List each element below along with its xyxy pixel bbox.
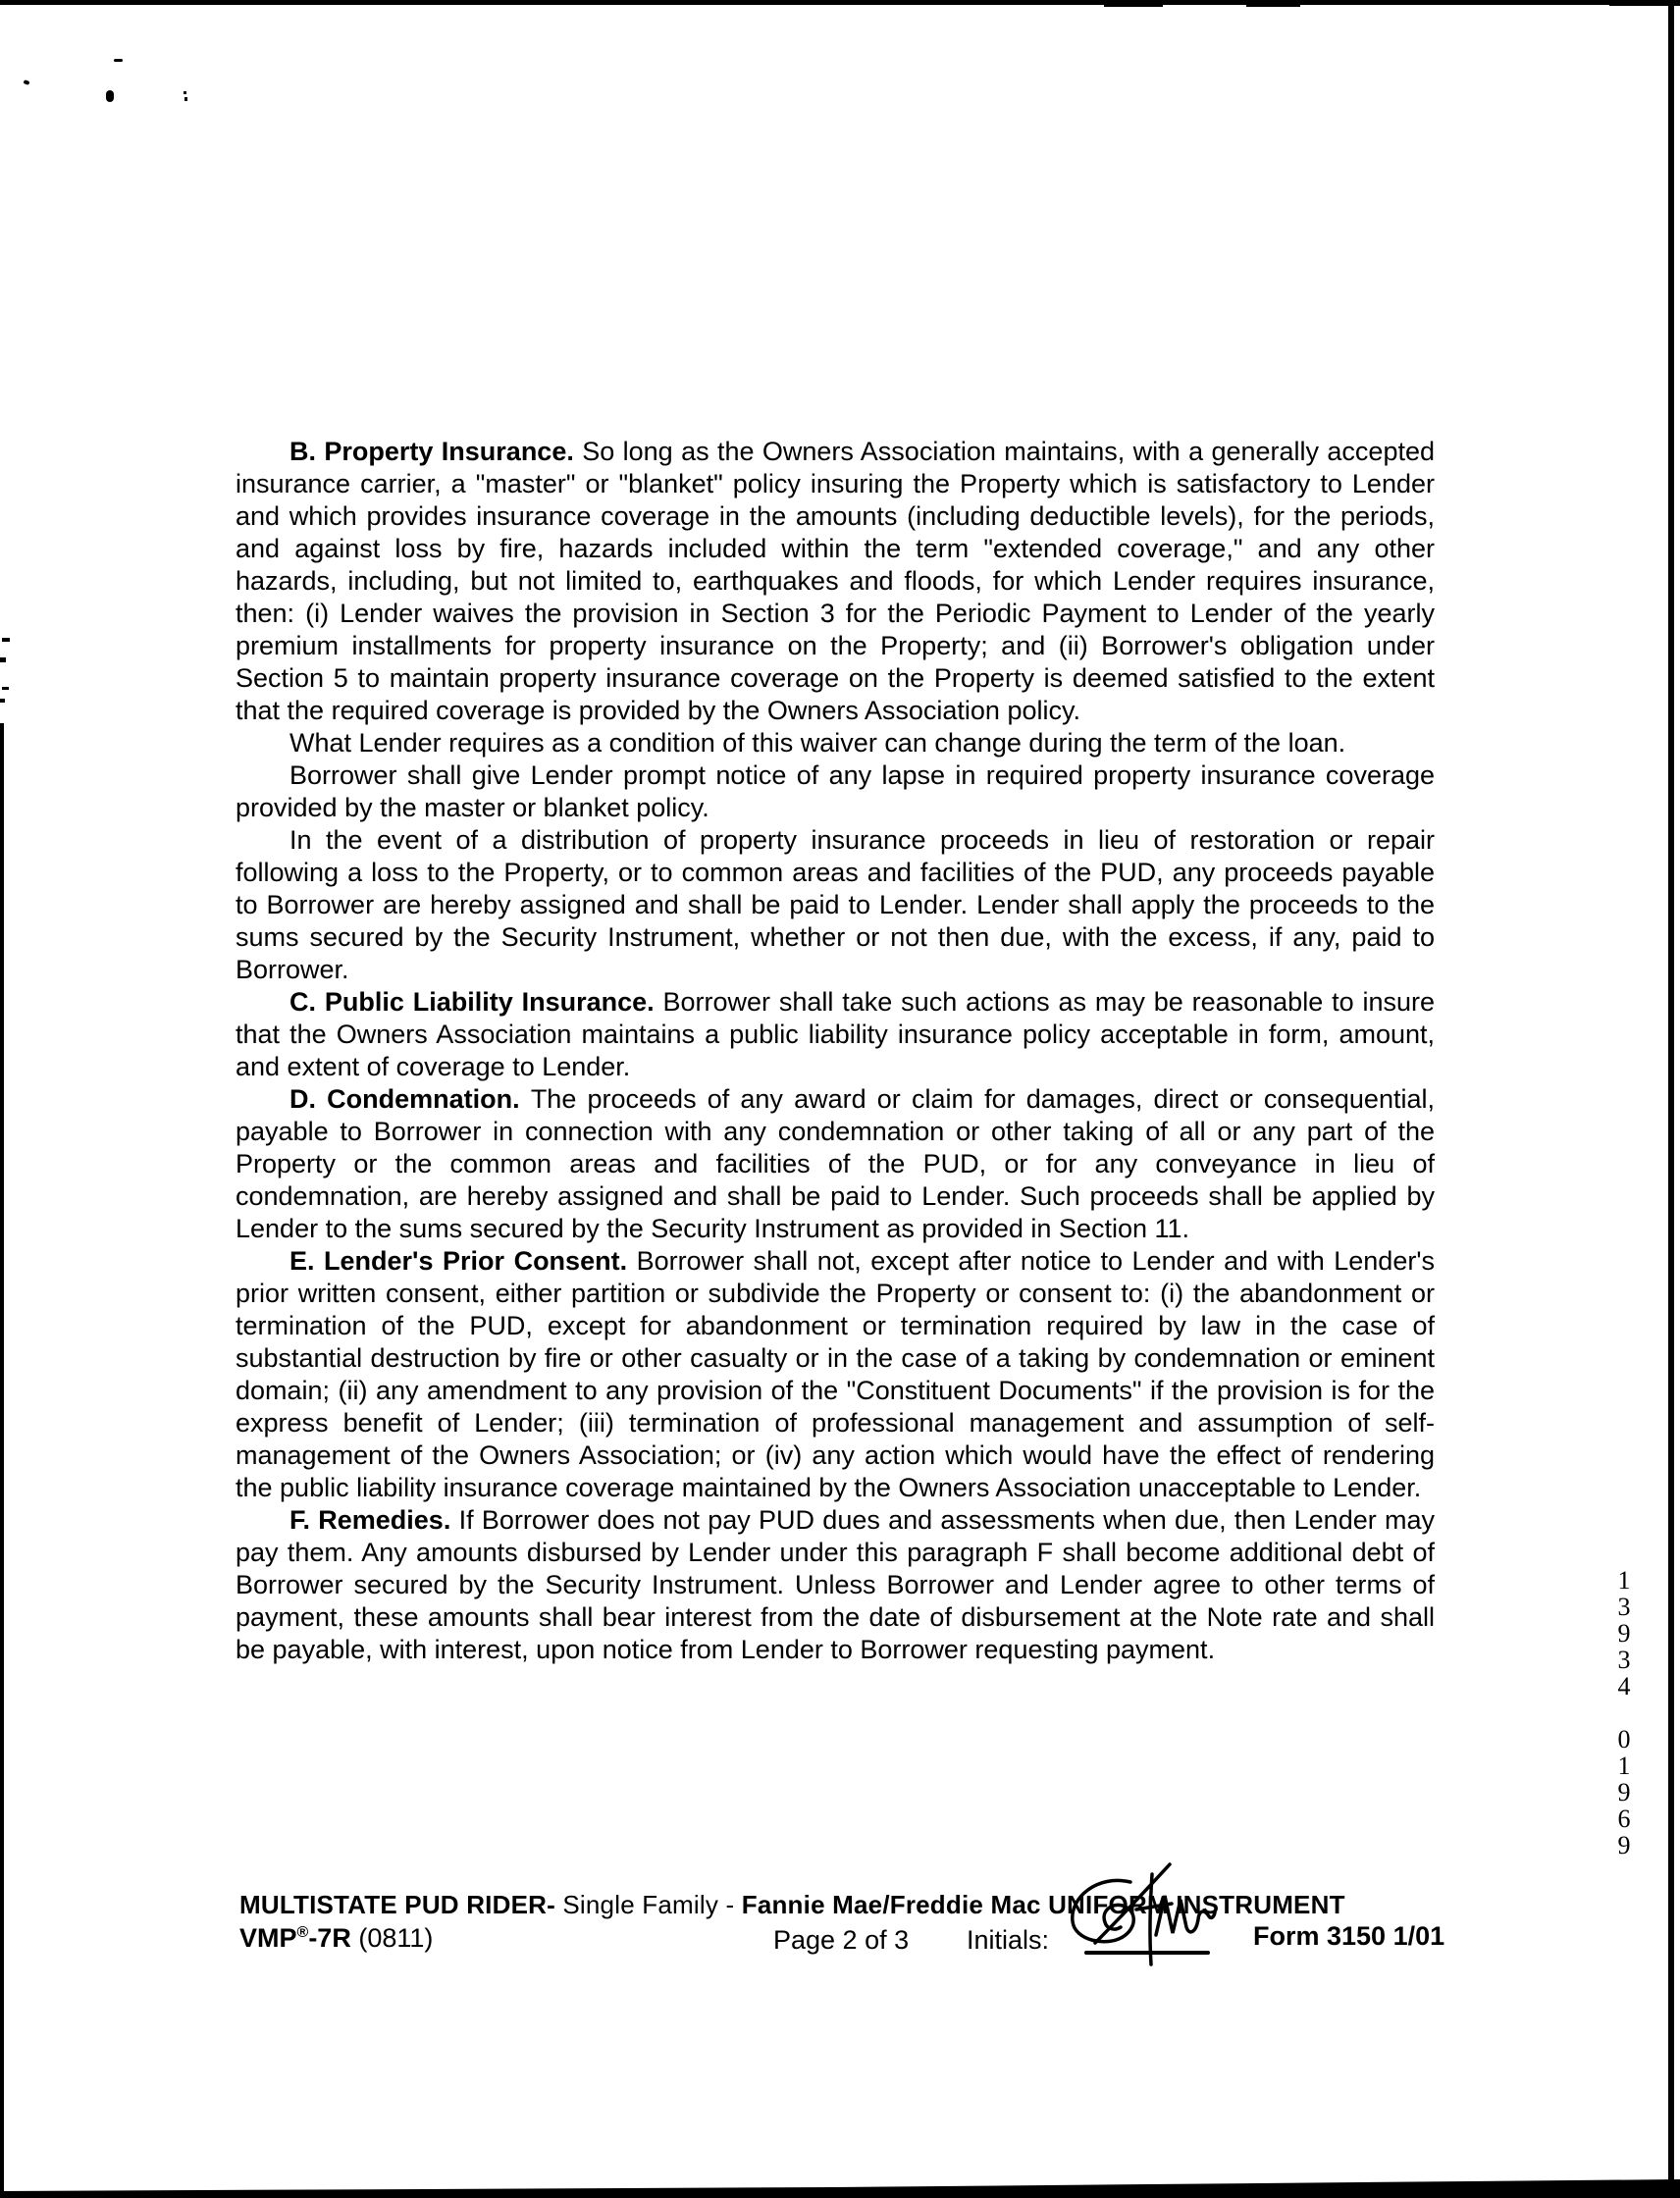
document-body: B. Property Insurance. So long as the Ow… — [236, 436, 1435, 1666]
scan-edge-bottom — [0, 2174, 1680, 2198]
scanned-document-page: B. Property Insurance. So long as the Ow… — [0, 0, 1680, 2198]
scan-edge-top-blob — [1246, 0, 1300, 7]
document-stamp-number: 1 3 9 3 4 0 1 9 6 9 — [1612, 1567, 1636, 1858]
scan-edge-top-blob — [1104, 0, 1163, 7]
paragraph-heading: C. Public Liability Insurance. — [289, 987, 663, 1017]
paragraph-text: In the event of a distribution of proper… — [236, 825, 1435, 984]
scan-edge-right — [1668, 0, 1674, 2198]
scan-speck — [184, 97, 187, 101]
paragraph-text: Borrower shall give Lender prompt notice… — [236, 760, 1435, 822]
paragraph-text: Borrower shall not, except after notice … — [236, 1246, 1435, 1502]
paragraph-heading: B. Property Insurance. — [289, 437, 582, 466]
scan-edge-top — [0, 0, 1680, 5]
scan-speck — [23, 79, 29, 85]
initials-label: Initials: — [967, 1925, 1049, 1956]
vmp-paren: (0811) — [358, 1923, 433, 1953]
paragraph: C. Public Liability Insurance. Borrower … — [236, 986, 1435, 1083]
scan-speck — [114, 59, 123, 62]
form-number: Form 3150 1/01 — [1253, 1921, 1444, 1952]
scan-speck — [184, 91, 186, 94]
paragraph: F. Remedies. If Borrower does not pay PU… — [236, 1504, 1435, 1666]
scan-edge-left — [0, 723, 4, 2192]
paragraph: In the event of a distribution of proper… — [236, 824, 1435, 986]
scan-speck — [0, 699, 5, 703]
paragraph-text: So long as the Owners Association mainta… — [236, 437, 1435, 725]
paragraph-heading: E. Lender's Prior Consent. — [289, 1246, 637, 1276]
scan-speck — [2, 687, 9, 690]
scan-speck — [2, 638, 10, 642]
paragraph-heading: F. Remedies. — [289, 1505, 459, 1535]
footer-title: MULTISTATE PUD RIDER- Single Family - Fa… — [239, 1890, 1441, 1920]
vmp-model: -7R — [308, 1923, 358, 1953]
footer-title-bold2: Fannie Mae/Freddie Mac UNIFORM INSTRUMEN… — [742, 1890, 1345, 1919]
paragraph: B. Property Insurance. So long as the Ow… — [236, 436, 1435, 727]
vmp-prefix: VMP — [239, 1923, 297, 1953]
registered-mark: ® — [297, 1924, 309, 1941]
paragraph: Borrower shall give Lender prompt notice… — [236, 759, 1435, 824]
scan-speck — [106, 90, 114, 102]
paragraph-heading: D. Condemnation. — [289, 1084, 531, 1114]
footer-title-regular: Single Family - — [562, 1890, 741, 1919]
footer-title-bold1: MULTISTATE PUD RIDER- — [239, 1890, 562, 1919]
page-indicator: Page 2 of 3 — [773, 1925, 909, 1956]
scan-speck — [0, 657, 6, 662]
footer-vmp-number: VMP®-7R (0811) — [239, 1923, 433, 1954]
paragraph: What Lender requires as a condition of t… — [236, 727, 1435, 759]
paragraph: D. Condemnation. The proceeds of any awa… — [236, 1083, 1435, 1245]
initials-signature — [1060, 1860, 1232, 1973]
paragraph-text: What Lender requires as a condition of t… — [289, 728, 1345, 758]
paragraph: E. Lender's Prior Consent. Borrower shal… — [236, 1245, 1435, 1504]
